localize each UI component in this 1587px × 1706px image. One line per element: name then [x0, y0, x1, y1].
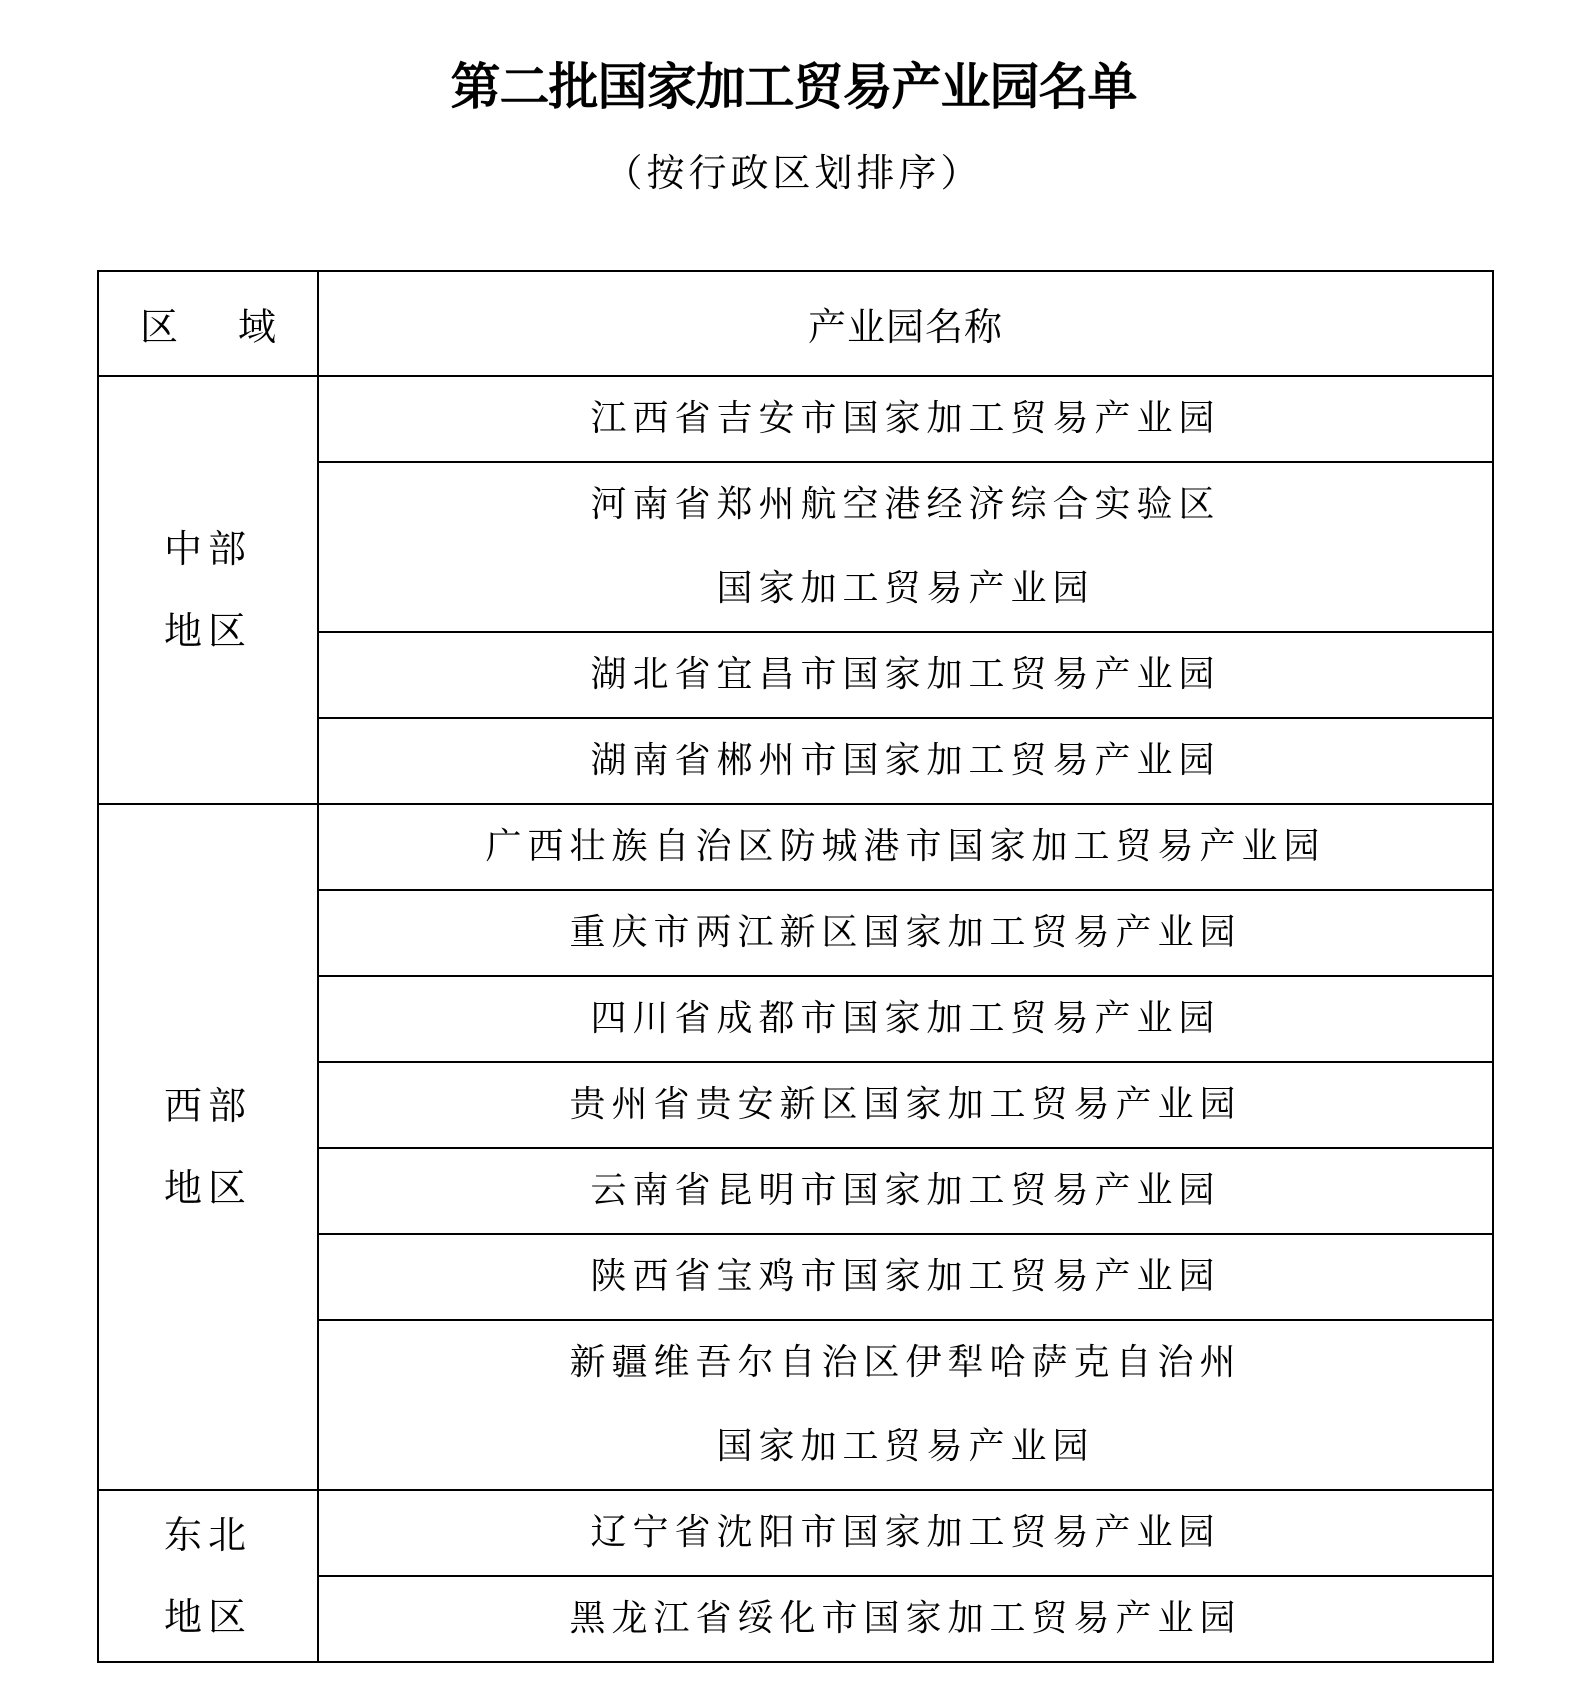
table-header-row: 区 域 产业园名称	[98, 271, 1493, 376]
page-subtitle: （按行政区划排序）	[0, 148, 1587, 198]
park-name: 云南省昆明市国家加工贸易产业园	[319, 1149, 1492, 1233]
region-label-line2: 地区	[99, 1576, 317, 1658]
park-name: 广西壮族自治区防城港市国家加工贸易产业园	[319, 805, 1492, 889]
region-label-line1: 东北	[99, 1494, 317, 1576]
park-name-cell: 云南省昆明市国家加工贸易产业园	[318, 1148, 1493, 1234]
park-name-line1: 河南省郑州航空港经济综合实验区	[319, 463, 1492, 547]
park-name-cell: 黑龙江省绥化市国家加工贸易产业园	[318, 1576, 1493, 1662]
park-name-cell: 江西省吉安市国家加工贸易产业园	[318, 376, 1493, 462]
region-label-line2: 地区	[99, 1147, 317, 1229]
park-name: 四川省成都市国家加工贸易产业园	[319, 977, 1492, 1061]
park-name-cell: 四川省成都市国家加工贸易产业园	[318, 976, 1493, 1062]
park-name-cell: 辽宁省沈阳市国家加工贸易产业园	[318, 1490, 1493, 1576]
park-name: 陕西省宝鸡市国家加工贸易产业园	[319, 1235, 1492, 1319]
park-name: 湖南省郴州市国家加工贸易产业园	[319, 719, 1492, 803]
header-park-name: 产业园名称	[318, 271, 1493, 376]
park-name-cell: 广西壮族自治区防城港市国家加工贸易产业园	[318, 804, 1493, 890]
park-name-cell: 贵州省贵安新区国家加工贸易产业园	[318, 1062, 1493, 1148]
park-name: 贵州省贵安新区国家加工贸易产业园	[319, 1063, 1492, 1147]
region-cell-northeast: 东北 地区	[98, 1490, 318, 1662]
park-name-line2: 国家加工贸易产业园	[319, 547, 1492, 631]
page-title: 第二批国家加工贸易产业园名单	[0, 54, 1587, 120]
region-cell-central: 中部 地区	[98, 376, 318, 804]
park-name-cell: 湖北省宜昌市国家加工贸易产业园	[318, 632, 1493, 718]
table-row: 东北 地区 辽宁省沈阳市国家加工贸易产业园	[98, 1490, 1493, 1576]
table-row: 中部 地区 江西省吉安市国家加工贸易产业园	[98, 376, 1493, 462]
header-region: 区 域	[98, 271, 318, 376]
table-row: 西部 地区 广西壮族自治区防城港市国家加工贸易产业园	[98, 804, 1493, 890]
park-name-cell: 湖南省郴州市国家加工贸易产业园	[318, 718, 1493, 804]
park-name-cell: 河南省郑州航空港经济综合实验区 国家加工贸易产业园	[318, 462, 1493, 632]
park-name: 江西省吉安市国家加工贸易产业园	[319, 377, 1492, 461]
park-name-line2: 国家加工贸易产业园	[319, 1405, 1492, 1489]
park-name: 辽宁省沈阳市国家加工贸易产业园	[319, 1491, 1492, 1575]
region-cell-western: 西部 地区	[98, 804, 318, 1490]
park-name-cell: 陕西省宝鸡市国家加工贸易产业园	[318, 1234, 1493, 1320]
region-label-line1: 西部	[99, 1065, 317, 1147]
park-list-table: 区 域 产业园名称 中部 地区 江西省吉安市国家加工贸易产业园 河南省郑州航空港…	[97, 270, 1494, 1663]
park-name-cell: 重庆市两江新区国家加工贸易产业园	[318, 890, 1493, 976]
park-name: 黑龙江省绥化市国家加工贸易产业园	[319, 1577, 1492, 1661]
park-name-cell: 新疆维吾尔自治区伊犁哈萨克自治州 国家加工贸易产业园	[318, 1320, 1493, 1490]
region-label-line1: 中部	[99, 508, 317, 590]
park-name: 湖北省宜昌市国家加工贸易产业园	[319, 633, 1492, 717]
region-label-line2: 地区	[99, 590, 317, 672]
park-name-line1: 新疆维吾尔自治区伊犁哈萨克自治州	[319, 1321, 1492, 1405]
park-name: 重庆市两江新区国家加工贸易产业园	[319, 891, 1492, 975]
